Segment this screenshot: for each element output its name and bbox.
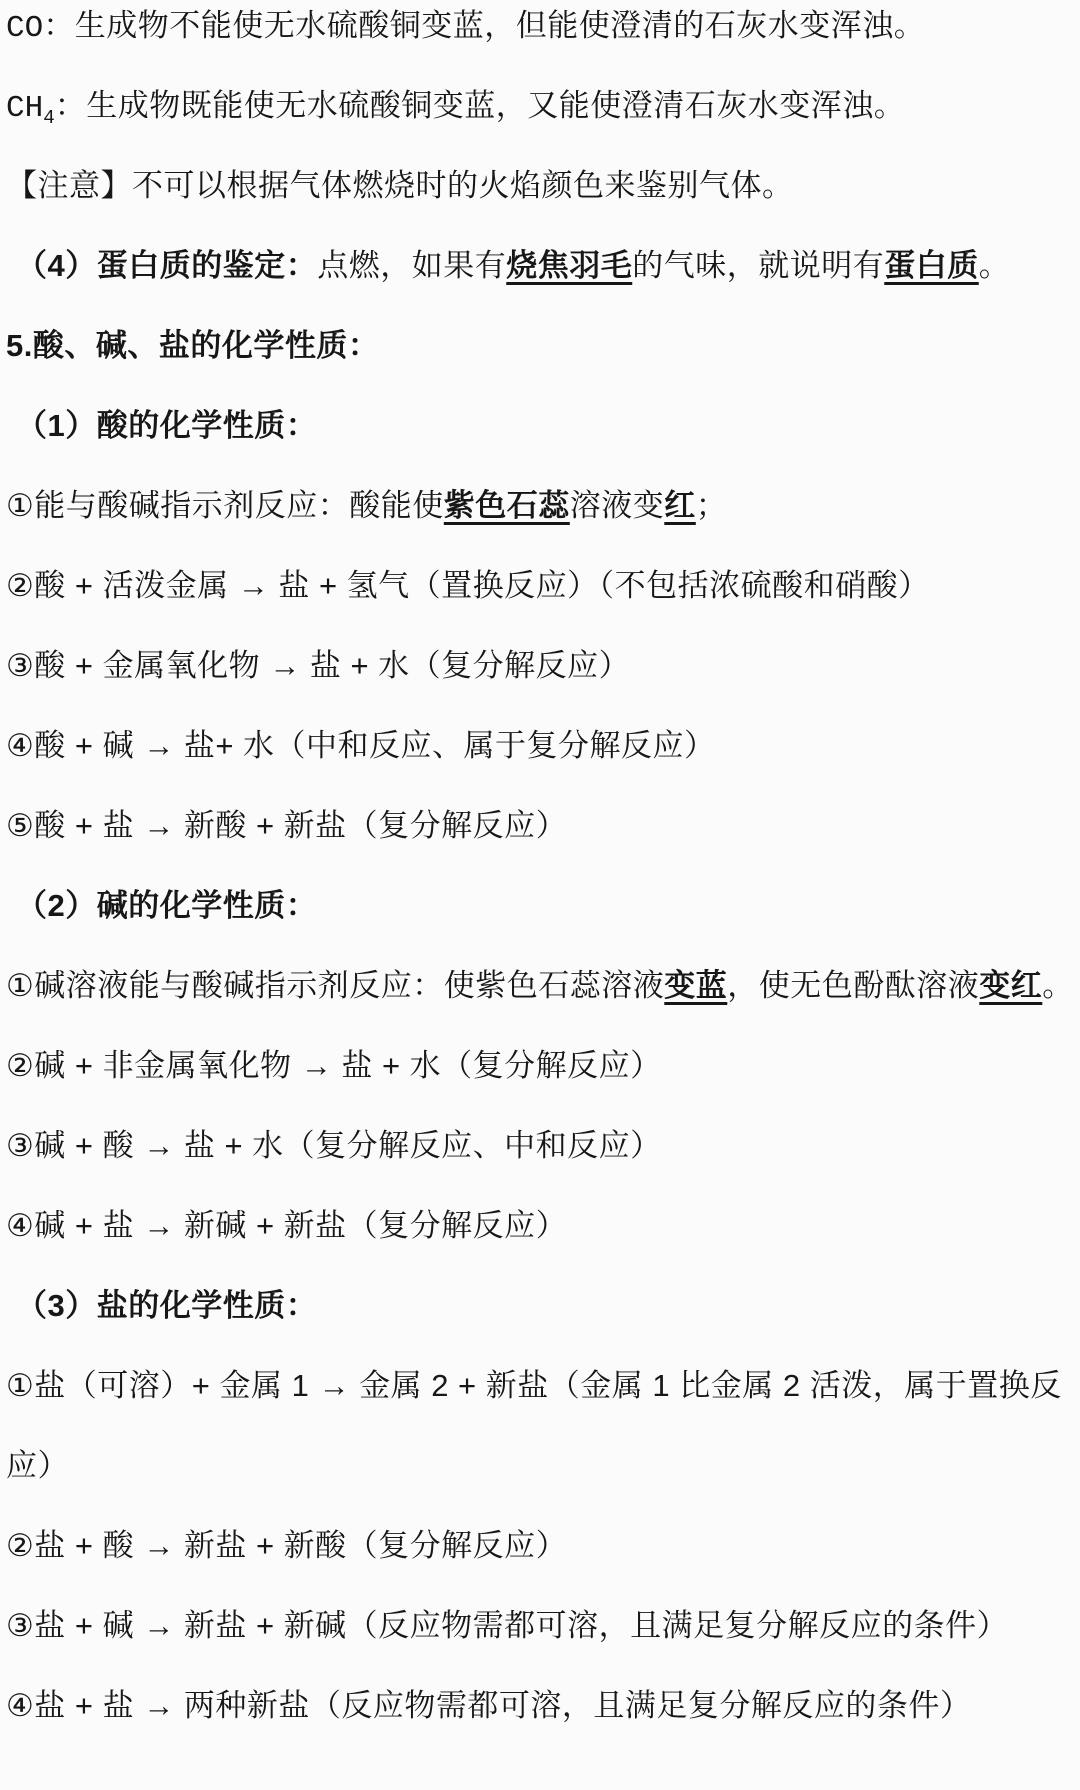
line-protein-identification-text: 蛋白质 bbox=[884, 248, 979, 283]
line-salt-4: ④盐 + 盐 → 两种新盐（反应物需都可溶，且满足复分解反应的条件） bbox=[6, 1666, 1076, 1746]
line-acid-1-text: ； bbox=[696, 488, 728, 523]
line-base-1-text: 变蓝 bbox=[664, 968, 727, 1003]
heading-salt-properties: （3）盐的化学性质： bbox=[6, 1266, 1076, 1346]
line-salt-4-text: ④盐 + 盐 → 两种新盐（反应物需都可溶，且满足复分解反应的条件） bbox=[6, 1688, 971, 1723]
line-ch4-identification-text: 4 bbox=[43, 107, 55, 129]
line-base-1-text: ，使无色酚酞溶液 bbox=[727, 968, 979, 1003]
line-ch4-identification-text: ：生成物既能使无水硫酸铜变蓝，又能使澄清石灰水变浑浊。 bbox=[55, 88, 906, 123]
line-salt-3-text: ③盐 + 碱 → 新盐 + 新碱（反应物需都可溶，且满足复分解反应的条件） bbox=[6, 1608, 1008, 1643]
line-ch4-identification-text: CH bbox=[6, 91, 43, 126]
line-salt-2: ②盐 + 酸 → 新盐 + 新酸（复分解反应） bbox=[6, 1506, 1076, 1586]
line-co-identification-text: ：生成物不能使无水硫酸铜变蓝，但能使澄清的石灰水变浑浊。 bbox=[43, 8, 925, 43]
line-base-1-text: 。 bbox=[1042, 968, 1074, 1003]
heading-acid-properties: （1）酸的化学性质： bbox=[6, 386, 1076, 466]
heading-section-5-text: 5.酸、碱、盐的化学性质： bbox=[6, 328, 379, 363]
line-acid-4: ④酸 + 碱 → 盐+ 水（中和反应、属于复分解反应） bbox=[6, 706, 1076, 786]
line-acid-1-text: 红 bbox=[664, 488, 696, 523]
line-base-2: ②碱 + 非金属氧化物 → 盐 + 水（复分解反应） bbox=[6, 1026, 1076, 1106]
line-base-1-text: 变红 bbox=[979, 968, 1042, 1003]
line-acid-2: ②酸 + 活泼金属 → 盐 + 氢气（置换反应）（不包括浓硫酸和硝酸） bbox=[6, 546, 1076, 626]
line-protein-identification-text: （4）蛋白质的鉴定： bbox=[16, 248, 317, 283]
line-acid-2-text: ②酸 + 活泼金属 → 盐 + 氢气（置换反应）（不包括浓硫酸和硝酸） bbox=[6, 568, 930, 603]
document-body: CO：生成物不能使无水硫酸铜变蓝，但能使澄清的石灰水变浑浊。CH4：生成物既能使… bbox=[0, 0, 1080, 1746]
line-acid-5-text: ⑤酸 + 盐 → 新酸 + 新盐（复分解反应） bbox=[6, 808, 567, 843]
line-salt-1-part1-text: ①盐（可溶）+ 金属 1 → 金属 2 + 新盐（金属 1 比金属 2 活泼，属… bbox=[6, 1368, 1062, 1403]
line-base-2-text: ②碱 + 非金属氧化物 → 盐 + 水（复分解反应） bbox=[6, 1048, 662, 1083]
line-note: 【注意】不可以根据气体燃烧时的火焰颜色来鉴别气体。 bbox=[6, 146, 1076, 226]
heading-section-5: 5.酸、碱、盐的化学性质： bbox=[6, 306, 1076, 386]
line-salt-1-part2-text: 应） bbox=[6, 1448, 69, 1483]
line-co-identification: CO：生成物不能使无水硫酸铜变蓝，但能使澄清的石灰水变浑浊。 bbox=[6, 0, 1076, 66]
line-acid-1-text: ①能与酸碱指示剂反应：酸能使 bbox=[6, 488, 444, 523]
line-co-identification-text: CO bbox=[6, 11, 43, 46]
line-acid-5: ⑤酸 + 盐 → 新酸 + 新盐（复分解反应） bbox=[6, 786, 1076, 866]
line-base-4: ④碱 + 盐 → 新碱 + 新盐（复分解反应） bbox=[6, 1186, 1076, 1266]
heading-base-properties: （2）碱的化学性质： bbox=[6, 866, 1076, 946]
line-salt-3: ③盐 + 碱 → 新盐 + 新碱（反应物需都可溶，且满足复分解反应的条件） bbox=[6, 1586, 1076, 1666]
line-acid-1: ①能与酸碱指示剂反应：酸能使紫色石蕊溶液变红； bbox=[6, 466, 1076, 546]
line-base-3-text: ③碱 + 酸 → 盐 + 水（复分解反应、中和反应） bbox=[6, 1128, 662, 1163]
line-protein-identification: （4）蛋白质的鉴定：点燃，如果有烧焦羽毛的气味，就说明有蛋白质。 bbox=[6, 226, 1076, 306]
line-acid-3: ③酸 + 金属氧化物 → 盐 + 水（复分解反应） bbox=[6, 626, 1076, 706]
heading-base-properties-text: （2）碱的化学性质： bbox=[16, 888, 317, 923]
line-acid-4-text: ④酸 + 碱 → 盐+ 水（中和反应、属于复分解反应） bbox=[6, 728, 716, 763]
heading-salt-properties-text: （3）盐的化学性质： bbox=[16, 1288, 317, 1323]
line-protein-identification-text: 烧焦羽毛 bbox=[506, 248, 632, 283]
line-salt-1-part1: ①盐（可溶）+ 金属 1 → 金属 2 + 新盐（金属 1 比金属 2 活泼，属… bbox=[6, 1346, 1076, 1426]
line-salt-2-text: ②盐 + 酸 → 新盐 + 新酸（复分解反应） bbox=[6, 1528, 567, 1563]
line-base-1-text: ①碱溶液能与酸碱指示剂反应：使紫色石蕊溶液 bbox=[6, 968, 664, 1003]
line-acid-3-text: ③酸 + 金属氧化物 → 盐 + 水（复分解反应） bbox=[6, 648, 630, 683]
line-protein-identification-text: 。 bbox=[979, 248, 1011, 283]
line-base-1: ①碱溶液能与酸碱指示剂反应：使紫色石蕊溶液变蓝，使无色酚酞溶液变红。 bbox=[6, 946, 1076, 1026]
line-salt-1-part2: 应） bbox=[6, 1426, 1076, 1506]
line-protein-identification-text: 的气味，就说明有 bbox=[632, 248, 884, 283]
line-acid-1-text: 紫色石蕊 bbox=[444, 488, 570, 523]
line-note-text: 【注意】不可以根据气体燃烧时的火焰颜色来鉴别气体。 bbox=[6, 168, 794, 203]
line-protein-identification-text: 点燃，如果有 bbox=[317, 248, 506, 283]
heading-acid-properties-text: （1）酸的化学性质： bbox=[16, 408, 317, 443]
line-base-4-text: ④碱 + 盐 → 新碱 + 新盐（复分解反应） bbox=[6, 1208, 567, 1243]
line-base-3: ③碱 + 酸 → 盐 + 水（复分解反应、中和反应） bbox=[6, 1106, 1076, 1186]
line-ch4-identification: CH4：生成物既能使无水硫酸铜变蓝，又能使澄清石灰水变浑浊。 bbox=[6, 66, 1076, 146]
line-acid-1-text: 溶液变 bbox=[570, 488, 665, 523]
